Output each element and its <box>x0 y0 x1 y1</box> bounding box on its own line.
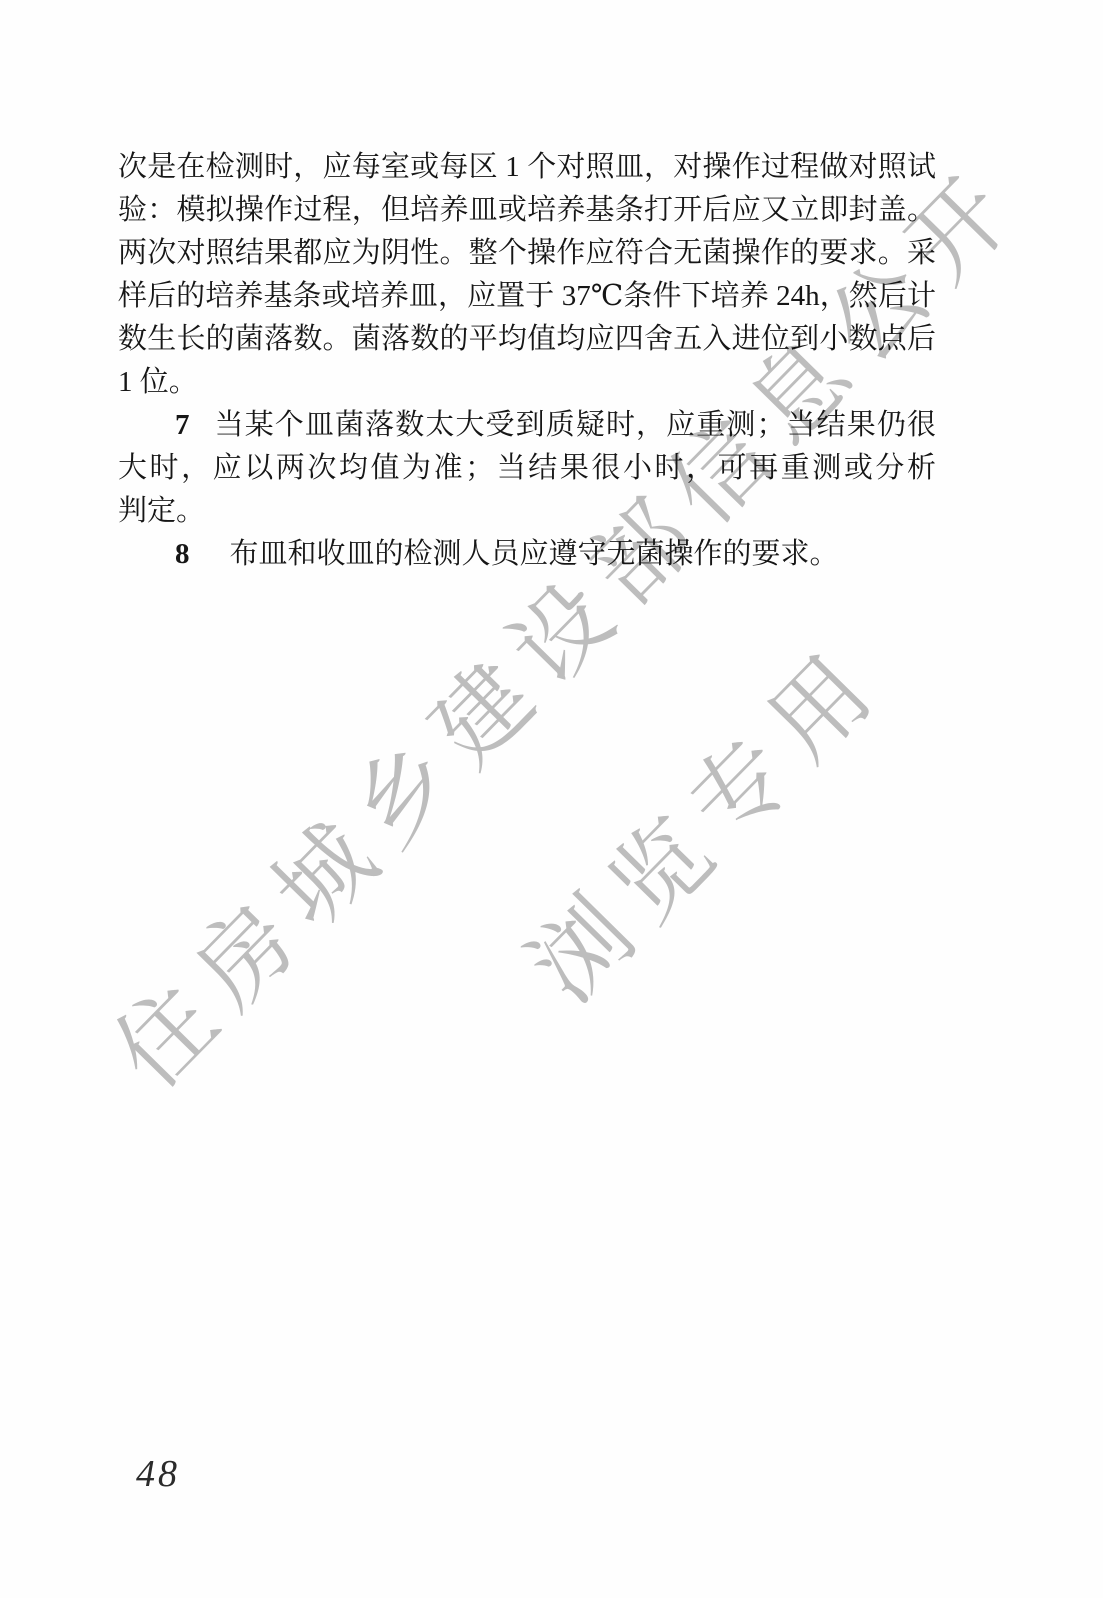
clause-8-text: 布皿和收皿的检测人员应遵守无菌操作的要求。 <box>230 538 839 570</box>
page-number: 48 <box>136 1452 180 1496</box>
text-line: 样后的培养基条或培养皿，应置于 37℃条件下培养 24h，然后计 <box>118 275 936 318</box>
clause-8-line: 8布皿和收皿的检测人员应遵守无菌操作的要求。 <box>118 533 936 576</box>
clause-7-text: 当某个皿菌落数太大受到质疑时，应重测；当结果仍很 <box>214 409 937 441</box>
clause-7-line: 7当某个皿菌落数太大受到质疑时，应重测；当结果仍很 <box>118 404 936 447</box>
text-line: 1 位。 <box>118 361 936 404</box>
clause-7-number: 7 <box>175 409 190 441</box>
text-line: 验：模拟操作过程，但培养皿或培养基条打开后应又立即封盖。 <box>118 189 936 232</box>
document-page: 住房城乡建设部信息公开 浏览专用 次是在检测时，应每室或每区 1 个对照皿，对操… <box>0 0 1103 1598</box>
text-line: 判定。 <box>118 490 936 533</box>
text-line: 数生长的菌落数。菌落数的平均值均应四舍五入进位到小数点后 <box>118 318 936 361</box>
text-line: 大时，应以两次均值为准；当结果很小时，可再重测或分析 <box>118 447 936 490</box>
text-line: 两次对照结果都应为阴性。整个操作应符合无菌操作的要求。采 <box>118 232 936 275</box>
text-line: 次是在检测时，应每室或每区 1 个对照皿，对操作过程做对照试 <box>118 146 936 189</box>
clause-8-number: 8 <box>175 538 190 570</box>
body-text: 次是在检测时，应每室或每区 1 个对照皿，对操作过程做对照试 验：模拟操作过程，… <box>118 146 936 576</box>
